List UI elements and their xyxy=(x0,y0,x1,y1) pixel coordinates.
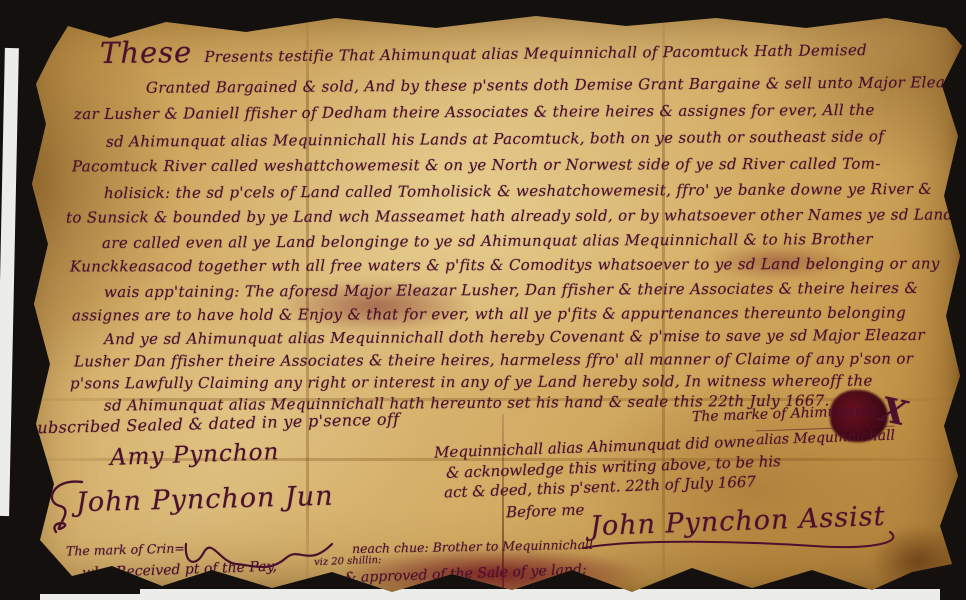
viz-shillings-note: viz 20 shillin: xyxy=(314,555,382,568)
body-line-14: p'sons Lawfully Claiming any right or in… xyxy=(70,372,873,393)
body-line-4: sd Ahimunquat alias Mequinnichall his La… xyxy=(106,127,884,150)
body-line-12: And ye sd Ahimunquat alias Mequinnichall… xyxy=(104,326,925,348)
body-line-2: Granted Bargained & sold, And by these p… xyxy=(146,73,951,97)
body-line-6: holisick: the sd p'cels of Land called T… xyxy=(104,180,932,202)
body-line-9: Kunckkeasacod together wth all free wate… xyxy=(70,254,940,275)
body-line-1: ThesePresents testifie That Ahimunquat a… xyxy=(100,28,867,70)
fold-crease-vertical-2 xyxy=(662,6,665,596)
ahimunquat-alias-caption: alias Mequinnichall xyxy=(756,426,896,449)
body-line-1-text: Presents testifie That Ahimunquat alias … xyxy=(204,41,867,66)
body-line-10: wais app'taining: The aforesd Major Elea… xyxy=(104,279,918,301)
opening-word: These xyxy=(100,35,193,70)
body-line-3: zar Lusher & Daniell ffisher of Dedham t… xyxy=(74,101,875,123)
crin-mark-brother-note: neach chue: Brother to Mequinnichall xyxy=(352,537,593,556)
crin-mark-label: The mark of Crin= xyxy=(66,540,185,558)
body-line-8: are called even all ye Land belonginge t… xyxy=(102,230,873,252)
scanner-edge-bottom-left xyxy=(40,594,160,600)
witness-signature-john-pynchon-jun: John Pynchon Jun xyxy=(76,481,334,519)
witness-signature-amy-pynchon: Amy Pynchon xyxy=(110,439,280,471)
scanned-deed-1667: ThesePresents testifie That Ahimunquat a… xyxy=(0,0,966,600)
signature-underline-flourish-icon xyxy=(574,528,904,554)
subscription-line: Subscribed Sealed & dated in ye p'sence … xyxy=(26,409,400,437)
manuscript-paper: ThesePresents testifie That Ahimunquat a… xyxy=(14,6,962,596)
body-line-13: Lusher Dan ffisher theire Associates & t… xyxy=(74,350,913,371)
body-line-7: to Sunsick & bounded by ye Land wch Mass… xyxy=(66,205,962,226)
attestation-prefix: Before me xyxy=(506,501,585,522)
scanner-edge-left xyxy=(0,48,19,516)
scanner-edge-bottom xyxy=(140,589,940,600)
body-line-11: assignes are to have hold & Enjoy & that… xyxy=(72,304,906,325)
body-line-5: Pacomtuck River called weshattchowemesit… xyxy=(72,155,881,176)
received-payment-note: who Received pt of the Pay, xyxy=(82,559,277,582)
